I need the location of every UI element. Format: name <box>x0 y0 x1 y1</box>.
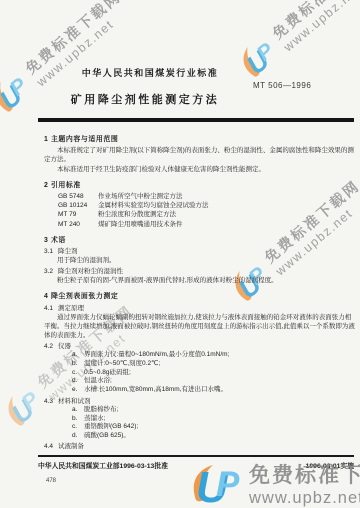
list-item-text: 界面张力仪:量程0~180mN/m,最小分度值0.1mN/m; <box>84 351 229 358</box>
logo-swoosh <box>1 396 31 428</box>
term-definition: 用于降尘的湿润剂。 <box>57 256 356 265</box>
header-divider <box>38 118 354 122</box>
reference-row: GB 10124金属材料实验室均匀腐蚀全浸试验方法 <box>58 201 356 210</box>
reference-title: 金属材料实验室均匀腐蚀全浸试验方法 <box>98 202 209 209</box>
list-item-label: e. <box>72 386 84 395</box>
list-item: e.水槽:长100mm,宽80mm,高18mm,有进出口水嘴。 <box>72 386 356 395</box>
reference-row: MT 79粉尘浓度和分散度测定方法 <box>58 210 356 219</box>
standard-type-label: 中华人民共和国煤炭行业标准 <box>0 66 300 79</box>
logo-letter-p: P <box>18 387 44 414</box>
logo-letter-p: P <box>253 38 279 65</box>
list-item-label: b. <box>72 415 84 424</box>
subsection-title: 试液制备 <box>58 443 84 450</box>
term-name: 降尘剂对粉尘的湿润性 <box>58 268 123 275</box>
subsection-heading: 4.4试液制备 <box>44 442 356 451</box>
list-item-label: b. <box>72 360 84 369</box>
list-item-text: 硫酸(GB 625)。 <box>84 432 130 439</box>
term-name: 降尘剂 <box>58 248 78 255</box>
implementation-note: 1996-08-01实施 <box>0 460 354 470</box>
reference-row: MT 240煤矿降尘用喷嘴通用技术条件 <box>58 220 356 229</box>
standard-number: MT 506—1996 <box>253 81 311 90</box>
list-item-label: a. <box>72 406 84 415</box>
reference-code: MT 79 <box>58 210 98 219</box>
subsection-number: 4.2 <box>44 342 53 351</box>
watermark-site-url: www.upbz.net <box>281 0 360 54</box>
list-item-label: d. <box>72 432 84 441</box>
subsection-number: 4.1 <box>44 304 53 313</box>
list-item: d.恒温水浴; <box>72 377 356 386</box>
subsection-title: 测定原理 <box>58 305 84 312</box>
document-title: 矿用降尘剂性能测定方法 <box>0 91 290 107</box>
paragraph: 本标准适用于经卫生防疫部门检验对人体健康无危害的降尘剂性能测定。 <box>44 165 356 174</box>
subsection-title: 材料和试剂 <box>58 398 91 405</box>
term-number: 3.2 <box>44 267 53 276</box>
list-item-label: d. <box>72 377 84 386</box>
list-item: c.重铬酸钾(GB 642); <box>72 423 356 432</box>
subsection-number: 4.3 <box>44 397 53 406</box>
list-item-text: 温度计:0~50℃,刻度0.2℃; <box>84 360 160 367</box>
section-heading: 2 引用标准 <box>44 181 356 190</box>
list-item: c.0.5~0.8g砝码组; <box>72 369 356 378</box>
term-number: 3.1 <box>44 247 53 256</box>
list-item: a.脱脂棉纱布; <box>72 406 356 415</box>
subsection-heading: 4.3材料和试剂 <box>44 397 356 406</box>
section-heading: 3 术语 <box>44 236 356 245</box>
term-heading: 3.1降尘剂 <box>44 247 356 256</box>
reference-title: 粉尘浓度和分散度测定方法 <box>98 211 176 218</box>
list-item-text: 脱脂棉纱布; <box>84 406 118 413</box>
reference-title: 煤矿降尘用喷嘴通用技术条件 <box>98 221 183 228</box>
list-item-label: c. <box>72 369 84 378</box>
reference-code: GB 5748 <box>58 192 98 201</box>
section-heading: 1 主题内容与适用范围 <box>44 135 356 144</box>
document-page: U P 免费标准下载网 www.upbz.net U P 免费标准下载网 www… <box>0 0 360 508</box>
reference-title: 作业场所空气中粉尘测定方法 <box>98 193 183 200</box>
logo-letter-p: P <box>216 465 240 504</box>
list-item-text: 蒸馏水; <box>84 415 105 422</box>
list-item-text: 重铬酸钾(GB 642); <box>84 423 138 430</box>
subsection-heading: 4.1测定原理 <box>44 304 356 313</box>
list-item: a.界面张力仪:量程0~180mN/m,最小分度值0.1mN/m; <box>72 351 356 360</box>
watermark-site-url: www.upbz.net <box>249 489 360 508</box>
paragraph: 通过界面张力仪蜗轮蜗副的扭转对钢丝施加拉力,使该拉力与液体表面接触的铂金环对液体… <box>44 313 356 341</box>
section-heading: 4 降尘剂表面张力测定 <box>44 292 356 301</box>
watermark-text: 免费标准下载网 www.upbz.net <box>267 0 360 54</box>
reference-code: GB 10124 <box>58 201 98 210</box>
list-item-label: a. <box>72 351 84 360</box>
page-number: 478 <box>46 478 56 484</box>
document-body: 1 主题内容与适用范围 本标准规定了对矿用降尘剂(以下简称降尘剂)的表面张力、粉… <box>44 128 356 452</box>
logo-letter-u: U <box>6 393 41 429</box>
subsection-title: 仪器 <box>58 343 71 350</box>
subsection-number: 4.4 <box>44 442 53 451</box>
reference-row: GB 5748作业场所空气中粉尘测定方法 <box>58 192 356 201</box>
footer-divider <box>38 455 354 457</box>
list-item: d.硫酸(GB 625)。 <box>72 432 356 441</box>
subsection-heading: 4.2仪器 <box>44 342 356 351</box>
term-definition: 粉尘粒子原有的固-气界面被固-液界面代替时,形成的液体对粉尘的湿润程度。 <box>57 276 356 285</box>
reference-code: MT 240 <box>58 220 98 229</box>
watermark-site-name: 免费标准下载网 <box>267 0 360 43</box>
paragraph: 本标准规定了对矿用降尘剂(以下简称降尘剂)的表面张力、粉尘的湿润性、金属的腐蚀性… <box>44 146 356 164</box>
list-item-text: 水槽:长100mm,宽80mm,高18mm,有进出口水嘴。 <box>84 386 227 393</box>
list-item-text: 恒温水浴; <box>84 377 112 384</box>
term-heading: 3.2降尘剂对粉尘的湿润性 <box>44 267 356 276</box>
list-item: b.温度计:0~50℃,刻度0.2℃; <box>72 360 356 369</box>
list-item-label: c. <box>72 423 84 432</box>
list-item-text: 0.5~0.8g砝码组; <box>84 369 131 376</box>
